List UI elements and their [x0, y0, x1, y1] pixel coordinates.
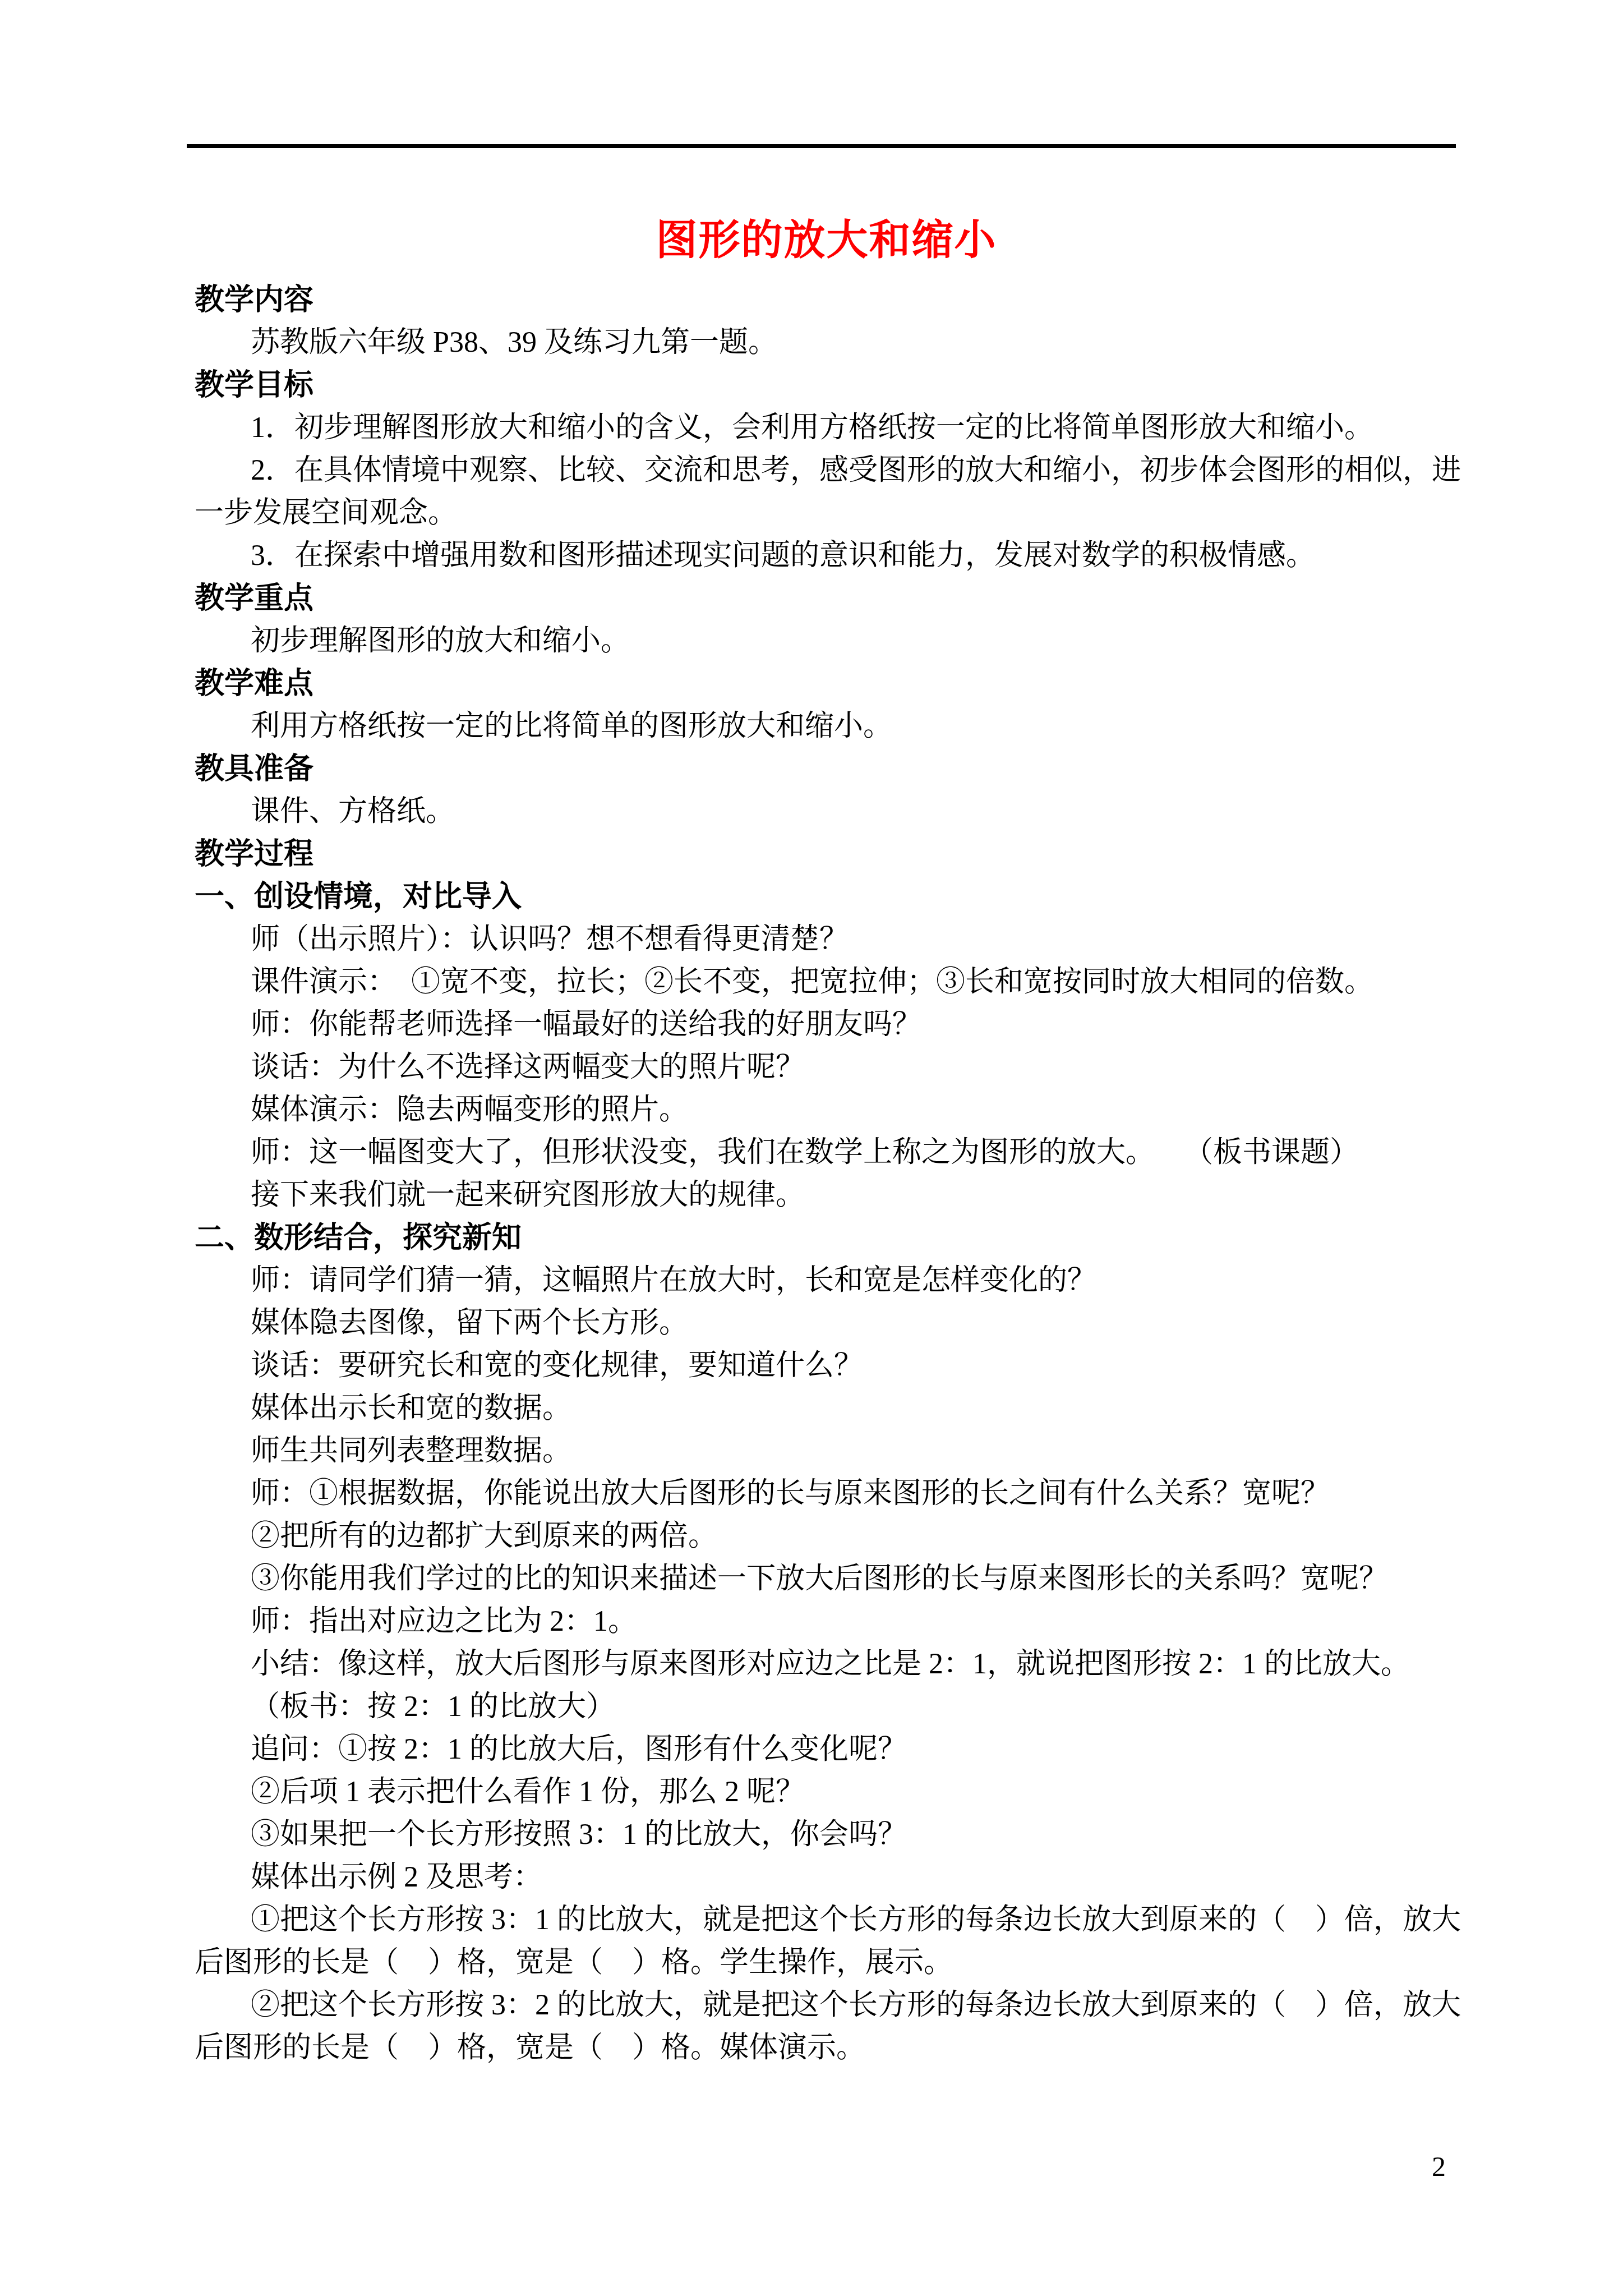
- header-rule: [187, 144, 1456, 148]
- text-line: 后图形的长是（ ）格，宽是（ ）格。媒体演示。: [195, 2027, 1458, 2069]
- page-number: 2: [1346, 2150, 1446, 2183]
- text-line: ①把这个长方形按 3：1 的比放大，就是把这个长方形的每条边长放大到原来的（ ）…: [195, 1899, 1458, 1941]
- text-line: 3．在探索中增强用数和图形描述现实问题的意识和能力，发展对数学的积极情感。: [195, 535, 1458, 577]
- document-body: 教学内容苏教版六年级 P38、39 及练习九第一题。教学目标1．初步理解图形放大…: [195, 279, 1458, 2069]
- text-line: ③如果把一个长方形按照 3：1 的比放大，你会吗？: [195, 1814, 1458, 1856]
- text-line: 2．在具体情境中观察、比较、交流和思考，感受图形的放大和缩小，初步体会图形的相似…: [195, 449, 1458, 492]
- section-heading: 二、数形结合，探究新知: [195, 1217, 1458, 1259]
- text-line: 师：指出对应边之比为 2：1。: [195, 1600, 1458, 1643]
- text-line: 媒体隐去图像，留下两个长方形。: [195, 1302, 1458, 1345]
- text-line: ②把这个长方形按 3：2 的比放大，就是把这个长方形的每条边长放大到原来的（ ）…: [195, 1984, 1458, 2027]
- text-line: 小结：像这样，放大后图形与原来图形对应边之比是 2：1，就说把图形按 2：1 的…: [195, 1643, 1458, 1686]
- text-line: 师（出示照片）：认识吗？想不想看得更清楚？: [195, 918, 1458, 961]
- text-line: 谈话：为什么不选择这两幅变大的照片呢？: [195, 1046, 1458, 1089]
- text-line: 利用方格纸按一定的比将简单的图形放大和缩小。: [195, 705, 1458, 748]
- text-line: 后图形的长是（ ）格，宽是（ ）格。学生操作，展示。: [195, 1941, 1458, 1984]
- section-heading: 教学目标: [195, 364, 1458, 407]
- text-line: ③你能用我们学过的比的知识来描述一下放大后图形的长与原来图形长的关系吗？宽呢？: [195, 1558, 1458, 1600]
- text-line: 1．初步理解图形放大和缩小的含义，会利用方格纸按一定的比将简单图形放大和缩小。: [195, 407, 1458, 449]
- text-line: （板书：按 2：1 的比放大）: [195, 1686, 1458, 1728]
- text-line: 媒体出示长和宽的数据。: [195, 1387, 1458, 1430]
- text-line: 课件、方格纸。: [195, 790, 1458, 833]
- text-line: 师：这一幅图变大了，但形状没变，我们在数学上称之为图形的放大。 （板书课题）: [195, 1131, 1458, 1174]
- section-heading: 教学难点: [195, 662, 1458, 705]
- text-line: 师生共同列表整理数据。: [195, 1430, 1458, 1473]
- text-line: 追问：①按 2：1 的比放大后，图形有什么变化呢？: [195, 1728, 1458, 1771]
- text-line: 接下来我们就一起来研究图形放大的规律。: [195, 1174, 1458, 1217]
- text-line: ②把所有的边都扩大到原来的两倍。: [195, 1515, 1458, 1558]
- text-line: 师：你能帮老师选择一幅最好的送给我的好朋友吗？: [195, 1004, 1458, 1046]
- text-line: 媒体演示：隐去两幅变形的照片。: [195, 1089, 1458, 1131]
- section-heading: 教具准备: [195, 748, 1458, 790]
- section-heading: 教学重点: [195, 577, 1458, 620]
- section-heading: 一、创设情境，对比导入: [195, 876, 1458, 918]
- page-title: 图形的放大和缩小: [195, 215, 1458, 266]
- text-line: 苏教版六年级 P38、39 及练习九第一题。: [195, 321, 1458, 364]
- section-heading: 教学内容: [195, 279, 1458, 321]
- text-line: 谈话：要研究长和宽的变化规律，要知道什么？: [195, 1345, 1458, 1387]
- text-line: 师：①根据数据，你能说出放大后图形的长与原来图形的长之间有什么关系？宽呢？: [195, 1473, 1458, 1515]
- text-line: 师：请同学们猜一猜，这幅照片在放大时，长和宽是怎样变化的？: [195, 1259, 1458, 1302]
- text-line: 初步理解图形的放大和缩小。: [195, 620, 1458, 662]
- text-line: 课件演示： ①宽不变，拉长；②长不变，把宽拉伸；③长和宽按同时放大相同的倍数。: [195, 961, 1458, 1004]
- text-line: 媒体出示例 2 及思考：: [195, 1856, 1458, 1899]
- text-line: 一步发展空间观念。: [195, 492, 1458, 535]
- section-heading: 教学过程: [195, 833, 1458, 876]
- text-line: ②后项 1 表示把什么看作 1 份，那么 2 呢？: [195, 1771, 1458, 1814]
